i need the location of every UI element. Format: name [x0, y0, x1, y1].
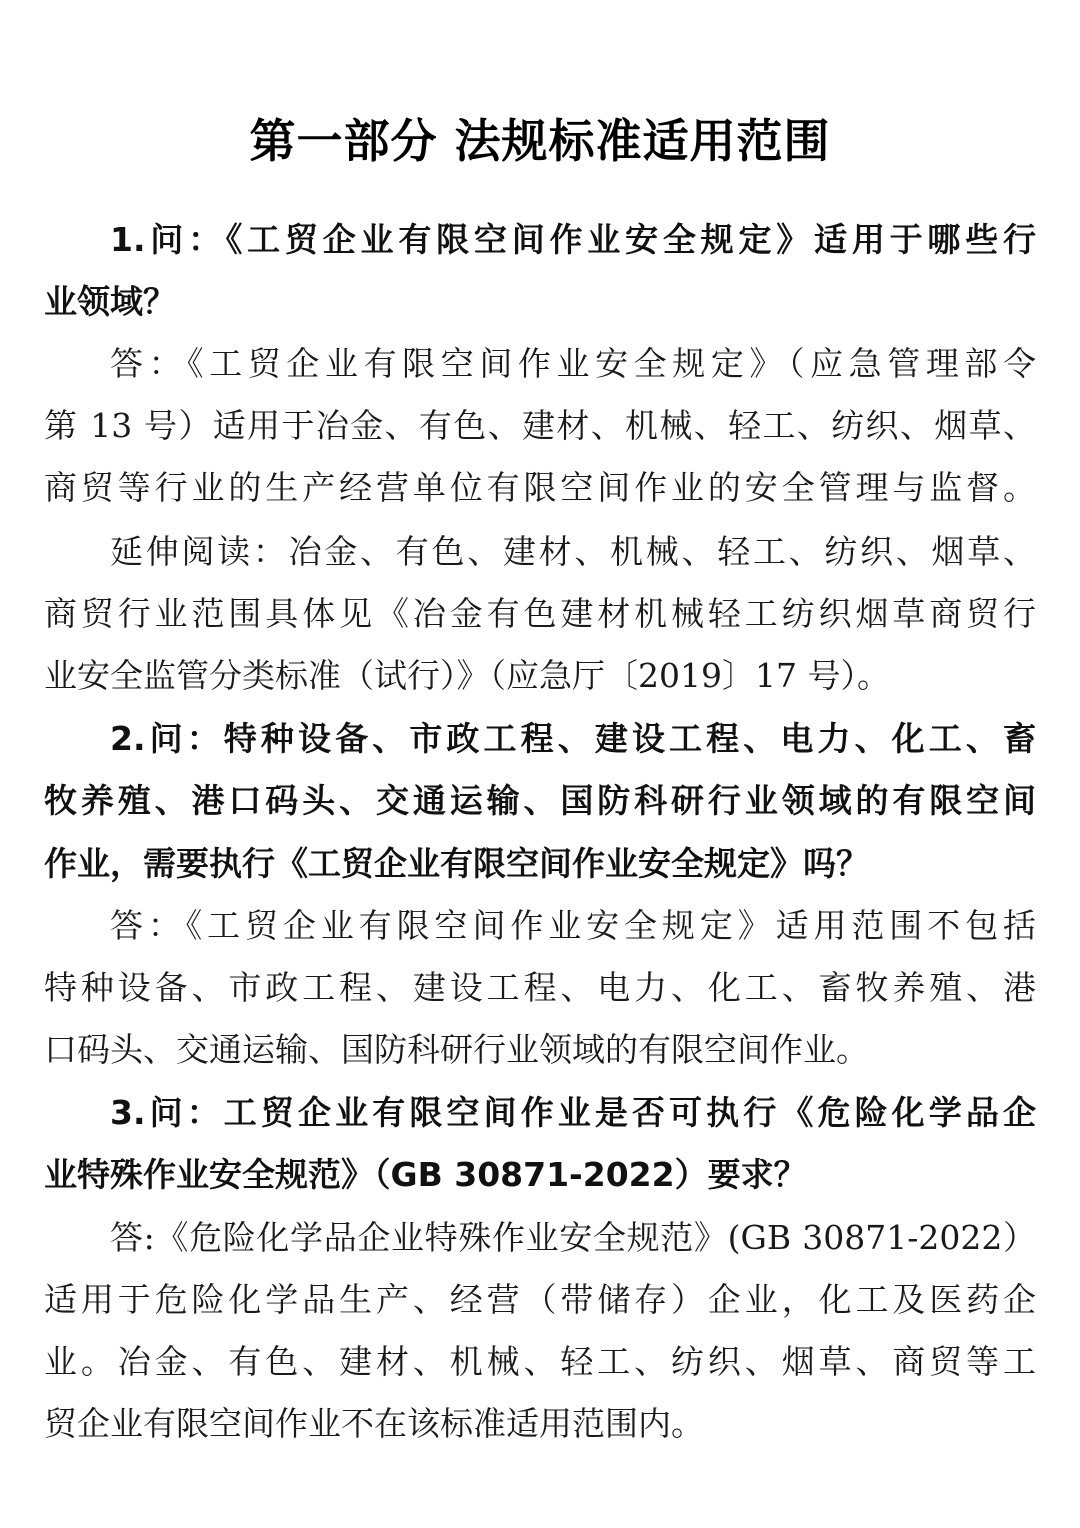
extended-reading-line-1: 延伸阅读：冶金、有色、建材、机械、轻工、纺织、烟草、 [110, 530, 1036, 574]
answer-3-line-2: 适用于危险化学品生产、经营（带储存）企业，化工及医药企 [44, 1278, 1036, 1322]
question-2-line-2: 牧养殖、港口码头、交通运输、国防科研行业领域的有限空间 [44, 779, 1036, 823]
answer-1-line-1: 答：《工贸企业有限空间作业安全规定》（应急管理部令 [110, 342, 1036, 386]
question-2-line-3: 作业，需要执行《工贸企业有限空间作业安全规定》吗？ [44, 842, 1036, 886]
answer-3-line-1: 答:《危险化学品企业特殊作业安全规范》(GB 30871-2022） [110, 1216, 1036, 1260]
extended-reading-line-2: 商贸行业范围具体见《冶金有色建材机械轻工纺织烟草商贸行 [44, 592, 1036, 636]
question-3-line-1: 3.问：工贸企业有限空间作业是否可执行《危险化学品企 [110, 1091, 1036, 1135]
answer-3-line-3: 业。冶金、有色、建材、机械、轻工、纺织、烟草、商贸等工 [44, 1340, 1036, 1384]
extended-reading-line-3: 业安全监管分类标准（试行）》（应急厅〔2019〕17 号）。 [44, 654, 1036, 698]
answer-1-line-3: 商贸等行业的生产经营单位有限空间作业的安全管理与监督。 [44, 466, 1036, 510]
answer-2-line-3: 口码头、交通运输、国防科研行业领域的有限空间作业。 [44, 1028, 1036, 1072]
question-1-line-1: 1.问：《工贸企业有限空间作业安全规定》适用于哪些行 [110, 218, 1036, 262]
answer-3-line-4: 贸企业有限空间作业不在该标准适用范围内。 [44, 1402, 1036, 1446]
answer-1-line-2: 第 13 号）适用于冶金、有色、建材、机械、轻工、纺织、烟草、 [44, 404, 1036, 448]
question-2-line-1: 2.问：特种设备、市政工程、建设工程、电力、化工、畜 [110, 717, 1036, 761]
answer-2-line-2: 特种设备、市政工程、建设工程、电力、化工、畜牧养殖、港 [44, 966, 1036, 1010]
question-1-line-2: 业领域？ [44, 280, 1036, 324]
answer-2-line-1: 答：《工贸企业有限空间作业安全规定》适用范围不包括 [110, 904, 1036, 948]
page-title: 第一部分 法规标准适用范围 [0, 109, 1080, 173]
question-3-line-2: 业特殊作业安全规范》（GB 30871-2022）要求？ [44, 1153, 1036, 1197]
